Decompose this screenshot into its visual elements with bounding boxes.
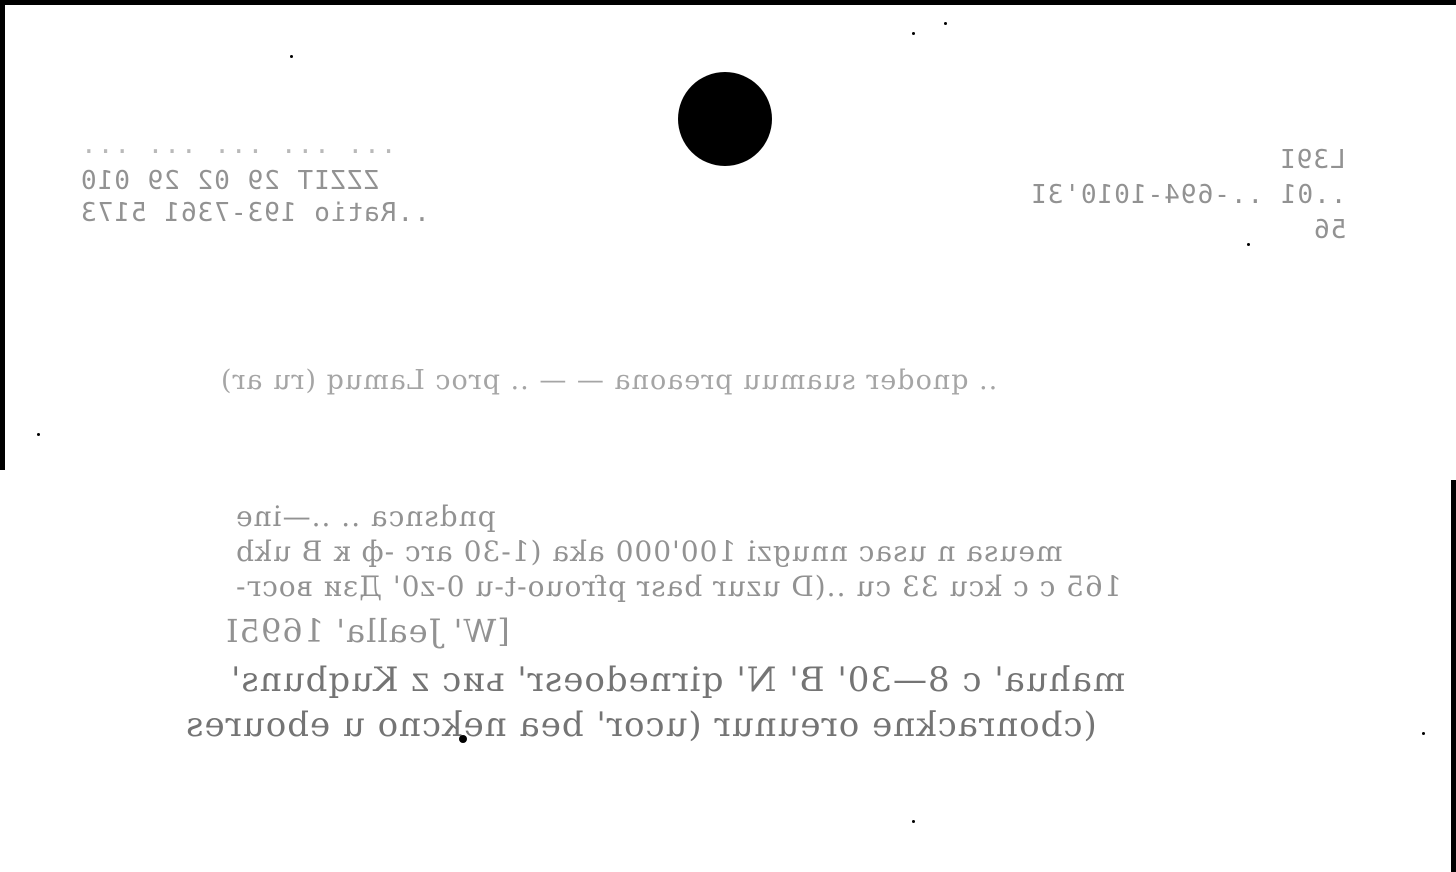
catalog-card: ... ... ... ... ... ZZZIT 29 02 29 010 .… [0, 0, 1456, 872]
scan-speck [1422, 732, 1425, 735]
scan-border-right [1451, 480, 1456, 872]
body-line-2: meusa n usac nnugzi 100'000 aka (1-30 ar… [235, 535, 1063, 568]
body-line-5: mahua' c 8—30' B' N' qirnedoesr' ьис z K… [230, 660, 1125, 700]
body-line-6: (cbonrackne oreunur (ucor' bea nekcno u … [185, 705, 1097, 745]
scan-border-top [0, 0, 1456, 5]
punch-hole [678, 72, 772, 166]
scan-speck [37, 433, 40, 436]
body-line-1: pndsnca .. ..—ine [235, 500, 496, 533]
title-line: .. qnoder suamuu preaona — — .. proc Lam… [220, 365, 997, 396]
scan-speck [944, 22, 947, 25]
header-right-line-1: L39I [1279, 145, 1346, 175]
header-left-line-1: ... ... ... ... ... [80, 130, 396, 160]
header-left-line-3: ..Ratio 193-7361 5173 [80, 198, 430, 228]
header-right-line-2: ..01 ..-694-1010'3I [1030, 180, 1346, 210]
body-line-4: [W' Jealla' 1695I [225, 612, 510, 650]
scan-speck [1247, 243, 1250, 246]
body-line-3: 165 c c kcu 33 cu ..(D uzur basr pfrouo-… [235, 570, 1122, 603]
header-left-line-2: ZZZIT 29 02 29 010 [80, 166, 380, 196]
header-right-line-3: 56 [1313, 215, 1346, 245]
scan-speck [459, 735, 467, 743]
scan-border-left [0, 0, 5, 470]
scan-speck [912, 820, 915, 823]
scan-speck [290, 55, 293, 58]
scan-speck [912, 32, 915, 35]
